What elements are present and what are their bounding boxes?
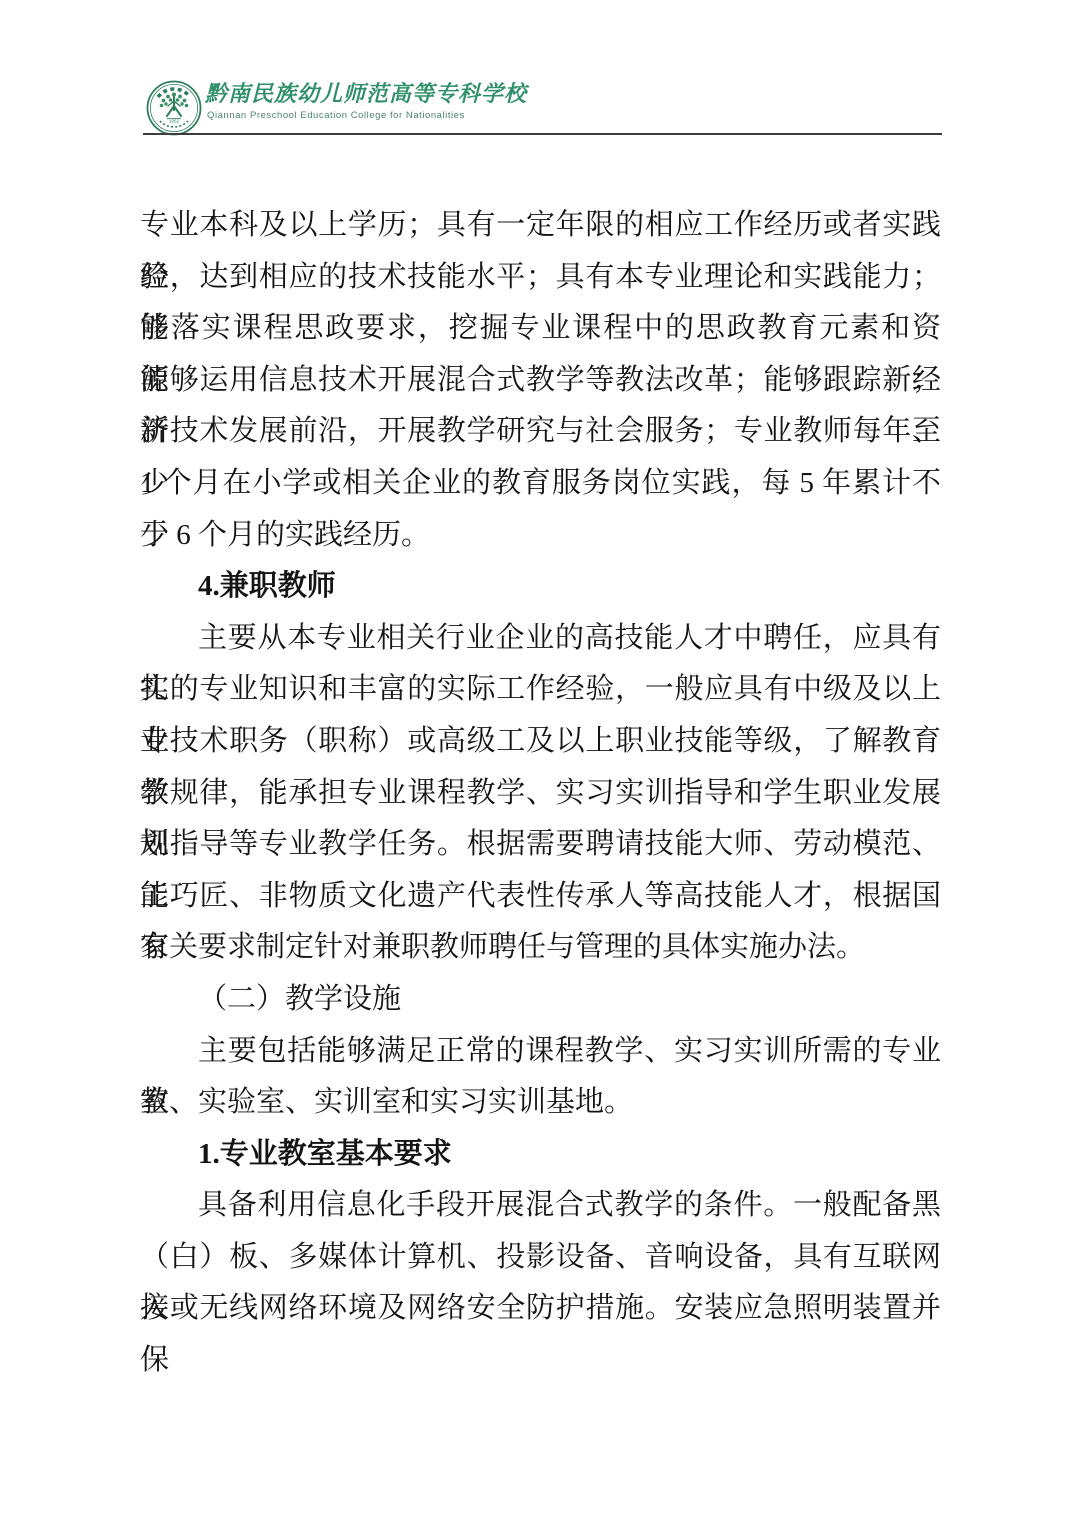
seal-year-label: 1952	[169, 119, 180, 124]
text-line: 有关要求制定针对兼职教师聘任与管理的具体实施办法。	[140, 922, 941, 974]
text-line: 实的专业知识和丰富的实际工作经验，一般应具有中级及以上专	[140, 664, 941, 716]
text-line: 能够运用信息技术开展混合式教学等教法改革；能够跟踪新经济、	[140, 355, 941, 407]
text-line: 验，达到相应的技术技能水平；具有本专业理论和实践能力；能	[140, 252, 941, 304]
text-line: 工巧匠、非物质文化遗产代表性传承人等高技能人才，根据国家	[140, 871, 941, 923]
text-line: 入或无线网络环境及网络安全防护措施。安装应急照明装置并保	[140, 1283, 941, 1335]
text-line: 划指导等专业教学任务。根据需要聘请技能大师、劳动模范、能	[140, 819, 941, 871]
text-line: 业技术职务（职称）或高级工及以上职业技能等级，了解教育教	[140, 716, 941, 768]
text-line: 专业本科及以上学历；具有一定年限的相应工作经历或者实践经	[140, 200, 941, 252]
letterhead: 1952 黔南民族幼儿师范高等专科学校 Qiannan Preschool Ed…	[0, 0, 1074, 140]
text-line: 室、实验室、实训室和实习实训基地。	[140, 1077, 941, 1129]
school-seal-icon: 1952	[146, 79, 202, 137]
text-line: 主要包括能够满足正常的课程教学、实习实训所需的专业教	[140, 1026, 941, 1078]
text-line: 于 6 个月的实践经历。	[140, 510, 941, 562]
document-page: 1952 黔南民族幼儿师范高等专科学校 Qiannan Preschool Ed…	[0, 0, 1074, 1520]
school-name-chinese: 黔南民族幼儿师范高等专科学校	[205, 80, 675, 108]
section-heading: 4.兼职教师	[140, 561, 941, 613]
text-line: 具备利用信息化手段开展混合式教学的条件。一般配备黑	[140, 1180, 941, 1232]
text-line: 学规律，能承担专业课程教学、实习实训指导和学生职业发展规	[140, 768, 941, 820]
header-divider	[143, 133, 942, 135]
section-heading: 1.专业教室基本要求	[140, 1129, 941, 1181]
text-line: 新技术发展前沿，开展教学研究与社会服务；专业教师每年至少	[140, 406, 941, 458]
text-line: 主要从本专业相关行业企业的高技能人才中聘任，应具有扎	[140, 613, 941, 665]
text-line: 1 个月在小学或相关企业的教育服务岗位实践，每 5 年累计不少	[140, 458, 941, 510]
text-line: 够落实课程思政要求，挖掘专业课程中的思政教育元素和资源；	[140, 303, 941, 355]
text-line: （白）板、多媒体计算机、投影设备、音响设备，具有互联网接	[140, 1232, 941, 1284]
section-heading: （二）教学设施	[140, 974, 941, 1026]
school-name-english: Qiannan Preschool Education College for …	[207, 109, 677, 123]
document-body: 专业本科及以上学历；具有一定年限的相应工作经历或者实践经验，达到相应的技术技能水…	[140, 200, 941, 1335]
